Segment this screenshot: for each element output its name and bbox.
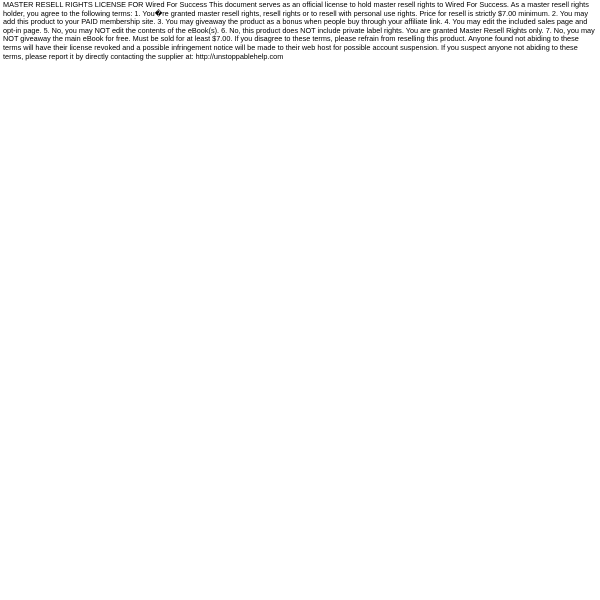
license-text: MASTER RESELL RIGHTS LICENSE FOR Wired F… <box>3 1 597 61</box>
